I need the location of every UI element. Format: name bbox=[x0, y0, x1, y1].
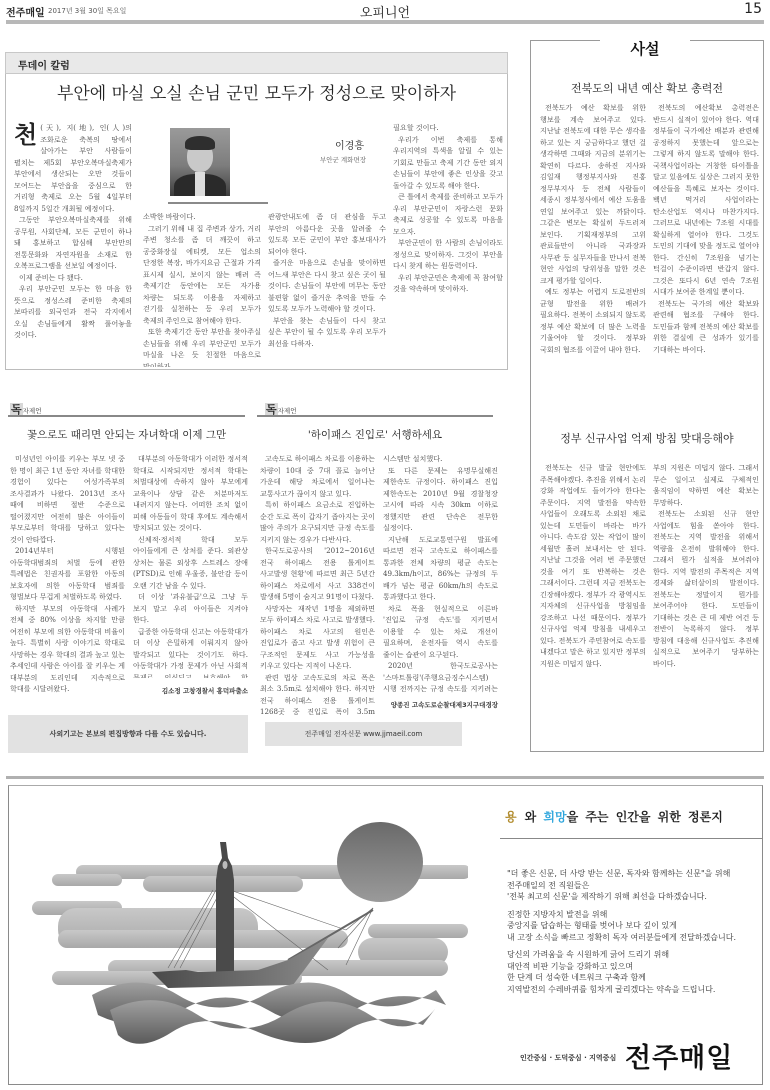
editorial-2-col2: 부의 지원은 미덥지 않다. 그래서 무슨 일이고 실제로 구체적인 움직임이 … bbox=[653, 462, 759, 746]
ad-slogan: 용와 희망을 주는 인간을 위한 정론지 bbox=[505, 808, 723, 825]
section-title: 오피니언 bbox=[0, 2, 770, 21]
slogan-char-1: 용 bbox=[505, 810, 517, 824]
ad-motto: 인간중심 · 도덕중심 · 지역중심 bbox=[520, 1053, 616, 1063]
today-column-title[interactable]: 부안에 마실 오실 손님 군민 모두가 정성으로 맞이하자 bbox=[5, 79, 508, 104]
slogan-char-2: 희망 bbox=[543, 810, 566, 824]
readers-tab-small: 자제언 bbox=[23, 407, 42, 415]
editorial-2-col1: 전북도는 신규 발굴 현안에도 주목해야겠다. 추진을 위해서 논리 강화 작업… bbox=[540, 462, 646, 746]
readers-1-col1: 미성년인 아이를 키우는 부모 넷 중 한 명이 최근 1년 동안 자녀를 학대… bbox=[10, 453, 125, 697]
e-paper-banner[interactable]: 전주매일 전자신문 www.jjmaeil.com bbox=[265, 722, 462, 746]
editorial-label: 사설 bbox=[631, 40, 660, 58]
readers-2-col1: 고속도로 하이패스 차로를 이용하는 차량이 10대 중 7대 꼴로 늘어난 가… bbox=[260, 453, 375, 715]
today-column-header bbox=[5, 52, 508, 74]
readers-1-byline: 김소정 고창경찰서 홍덕파출소 bbox=[133, 686, 248, 695]
readers-2-byline: 양종진 고속도로순찰대제3지구대경장 bbox=[383, 700, 498, 709]
today-column-col2: 소박한 바람이다. 그러기 위해 내 집 주변과 상가, 거리 주변 청소를 좀… bbox=[143, 211, 261, 367]
readers-tab-1: 독자제언 bbox=[10, 398, 41, 416]
contribution-notice: 사외기고는 본보의 편집방향과 다를 수도 있습니다. bbox=[8, 715, 248, 753]
paper-logo: 전주매일 bbox=[625, 1036, 733, 1075]
readers-2-col2: 시스템만 설치했다. 또 다른 문제는 유명무실해진 제한속도 규정이다. 하이… bbox=[383, 453, 498, 695]
editorial-1-col1: 전북도가 예산 확보를 위한 행보를 계속 보여주고 있다. 지난날 전북도에 … bbox=[540, 102, 646, 416]
editorial-1-title[interactable]: 전북도의 내년 예산 확보 총력전 bbox=[530, 80, 764, 96]
readers-tab-2: 독자제언 bbox=[265, 398, 296, 416]
section-divider bbox=[6, 776, 764, 779]
author-photo bbox=[170, 128, 230, 196]
photo-rule bbox=[168, 202, 268, 204]
ship-illustration bbox=[28, 810, 468, 1055]
readers-2-title[interactable]: '하이패스 진입로' 서행하세요 bbox=[257, 427, 493, 442]
readers-rule-1 bbox=[8, 415, 245, 417]
ad-body-text: "더 좋은 신문, 더 사랑 받는 신문, 독자와 함께하는 신문"을 위해 전… bbox=[507, 868, 736, 1001]
page-number: 15 bbox=[744, 1, 762, 17]
author-name: 이경흥 bbox=[335, 137, 364, 152]
editorial-1-col2: 전북도의 예산확보 총력전은 반드시 실적이 있어야 한다. 역대 정부들이 국… bbox=[653, 102, 759, 416]
readers-1-col2: 대부분의 아동학대가 이러한 정서적 학대로 시작되지만 정서적 학대는 처벌대… bbox=[133, 453, 248, 678]
author-role: 부안군 계화면장 bbox=[320, 155, 366, 164]
readers-1-title[interactable]: 꽃으로도 때리면 안되는 자녀학대 이제 그만 bbox=[8, 427, 245, 442]
dropcap: 천 bbox=[14, 123, 37, 147]
ad-slogan-rule bbox=[500, 838, 762, 839]
today-column-col4: 필요할 것이다. 우리가 이번 축제를 통해 우리지역의 특색을 알릴 수 있는… bbox=[393, 122, 503, 366]
editorial-2-title[interactable]: 정부 신규사업 억제 방침 맞대응해야 bbox=[530, 430, 764, 446]
today-column-col1: 천 (天), 지(地), 인(人)의 조화로운 축복의 땅에서 살아가는 부안 … bbox=[14, 122, 132, 366]
readers-rule-2 bbox=[257, 415, 493, 417]
today-column-label: 투데이 칼럼 bbox=[18, 57, 70, 72]
masthead-rule bbox=[6, 20, 764, 24]
editorial-label-wrap: 사설 bbox=[600, 38, 690, 62]
today-column-col3: 관광안내도에 좀 더 관심을 두고 부안의 아름다운 곳을 알려줄 수 있도록 … bbox=[268, 211, 386, 367]
